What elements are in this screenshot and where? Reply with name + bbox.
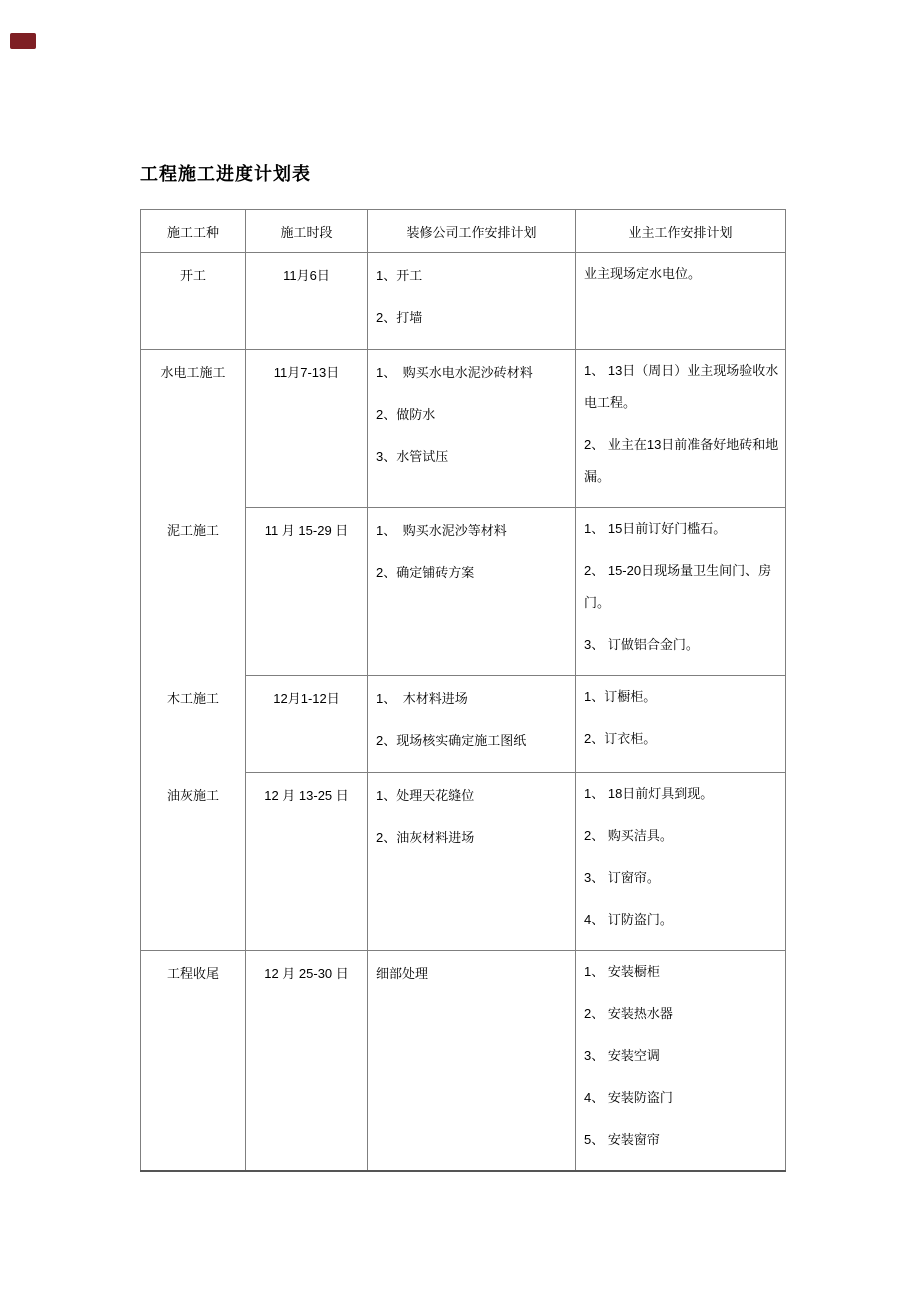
period-cell: 12 月 25-30 日 bbox=[246, 951, 368, 1172]
task-item: 1、 18日前灯具到现。 bbox=[584, 778, 779, 810]
task-item: 1、 13日（周日）业主现场验收水电工程。 bbox=[584, 355, 779, 419]
trade-cell: 木工施工 bbox=[141, 676, 246, 773]
task-item: 3、 安装空调 bbox=[584, 1040, 779, 1072]
trade-cell: 工程收尾 bbox=[141, 951, 246, 1172]
period-cell: 11月6日 bbox=[246, 253, 368, 350]
task-item: 1、 木材料进场 bbox=[376, 684, 569, 714]
trade-cell: 开工 bbox=[141, 253, 246, 350]
task-item: 3、水管试压 bbox=[376, 442, 569, 472]
task-item: 1、 购买水泥沙等材料 bbox=[376, 516, 569, 546]
corner-mark bbox=[10, 33, 36, 49]
owner-plan-cell: 1、 13日（周日）业主现场验收水电工程。 2、 业主在13日前准备好地砖和地漏… bbox=[576, 350, 786, 508]
header-trade: 施工工种 bbox=[141, 210, 246, 253]
owner-plan-cell: 1、订橱柜。 2、订衣柜。 bbox=[576, 676, 786, 773]
trade-cell: 油灰施工 bbox=[141, 773, 246, 951]
task-item: 2、油灰材料进场 bbox=[376, 823, 569, 853]
task-item: 2、做防水 bbox=[376, 400, 569, 430]
owner-plan-cell: 1、 安装橱柜 2、 安装热水器 3、 安装空调 4、 安装防盗门 5、 安装窗… bbox=[576, 951, 786, 1172]
page-title: 工程施工进度计划表 bbox=[140, 160, 311, 186]
task-item: 2、 15-20日现场量卫生间门、房门。 bbox=[584, 555, 779, 619]
task-item: 2、确定铺砖方案 bbox=[376, 558, 569, 588]
company-plan-cell: 1、 购买水泥沙等材料 2、确定铺砖方案 bbox=[368, 508, 576, 676]
company-plan-cell: 1、 木材料进场 2、现场核实确定施工图纸 bbox=[368, 676, 576, 773]
table-row: 工程收尾 12 月 25-30 日 细部处理 1、 安装橱柜 2、 安装热水器 … bbox=[141, 951, 786, 1172]
task-item: 业主现场定水电位。 bbox=[584, 258, 779, 290]
table-row: 开工 11月6日 1、开工 2、打墙 业主现场定水电位。 bbox=[141, 253, 786, 350]
task-item: 4、 安装防盗门 bbox=[584, 1082, 779, 1114]
table-header-row: 施工工种 施工时段 装修公司工作安排计划 业主工作安排计划 bbox=[141, 210, 786, 253]
task-item: 3、 订做铝合金门。 bbox=[584, 629, 779, 661]
table-row: 木工施工 12月1-12日 1、 木材料进场 2、现场核实确定施工图纸 1、订橱… bbox=[141, 676, 786, 773]
period-cell: 11月7-13日 bbox=[246, 350, 368, 508]
task-item: 1、 购买水电水泥沙砖材料 bbox=[376, 358, 569, 388]
company-plan-cell: 1、 购买水电水泥沙砖材料 2、做防水 3、水管试压 bbox=[368, 350, 576, 508]
table-row: 油灰施工 12 月 13-25 日 1、处理天花缝位 2、油灰材料进场 1、 1… bbox=[141, 773, 786, 951]
table-row: 水电工施工 11月7-13日 1、 购买水电水泥沙砖材料 2、做防水 3、水管试… bbox=[141, 350, 786, 508]
company-plan-cell: 1、处理天花缝位 2、油灰材料进场 bbox=[368, 773, 576, 951]
task-item: 1、 安装橱柜 bbox=[584, 956, 779, 988]
header-period: 施工时段 bbox=[246, 210, 368, 253]
period-cell: 11 月 15-29 日 bbox=[246, 508, 368, 676]
trade-cell: 泥工施工 bbox=[141, 508, 246, 676]
task-item: 1、订橱柜。 bbox=[584, 681, 779, 713]
task-item: 1、 15日前订好门槛石。 bbox=[584, 513, 779, 545]
task-item: 4、 订防盗门。 bbox=[584, 904, 779, 936]
task-item: 细部处理 bbox=[376, 959, 569, 989]
table-row: 泥工施工 11 月 15-29 日 1、 购买水泥沙等材料 2、确定铺砖方案 1… bbox=[141, 508, 786, 676]
schedule-table: 施工工种 施工时段 装修公司工作安排计划 业主工作安排计划 开工 11月6日 1… bbox=[140, 209, 786, 1172]
owner-plan-cell: 业主现场定水电位。 bbox=[576, 253, 786, 350]
trade-cell: 水电工施工 bbox=[141, 350, 246, 508]
header-company-plan: 装修公司工作安排计划 bbox=[368, 210, 576, 253]
task-item: 1、开工 bbox=[376, 261, 569, 291]
header-owner-plan: 业主工作安排计划 bbox=[576, 210, 786, 253]
owner-plan-cell: 1、 18日前灯具到现。 2、 购买洁具。 3、 订窗帘。 4、 订防盗门。 bbox=[576, 773, 786, 951]
company-plan-cell: 1、开工 2、打墙 bbox=[368, 253, 576, 350]
task-item: 2、 业主在13日前准备好地砖和地漏。 bbox=[584, 429, 779, 493]
company-plan-cell: 细部处理 bbox=[368, 951, 576, 1172]
period-cell: 12月1-12日 bbox=[246, 676, 368, 773]
task-item: 1、处理天花缝位 bbox=[376, 781, 569, 811]
task-item: 2、打墙 bbox=[376, 303, 569, 333]
task-item: 3、 订窗帘。 bbox=[584, 862, 779, 894]
task-item: 2、 安装热水器 bbox=[584, 998, 779, 1030]
owner-plan-cell: 1、 15日前订好门槛石。 2、 15-20日现场量卫生间门、房门。 3、 订做… bbox=[576, 508, 786, 676]
task-item: 2、订衣柜。 bbox=[584, 723, 779, 755]
period-cell: 12 月 13-25 日 bbox=[246, 773, 368, 951]
task-item: 2、 购买洁具。 bbox=[584, 820, 779, 852]
task-item: 2、现场核实确定施工图纸 bbox=[376, 726, 569, 756]
task-item: 5、 安装窗帘 bbox=[584, 1124, 779, 1156]
